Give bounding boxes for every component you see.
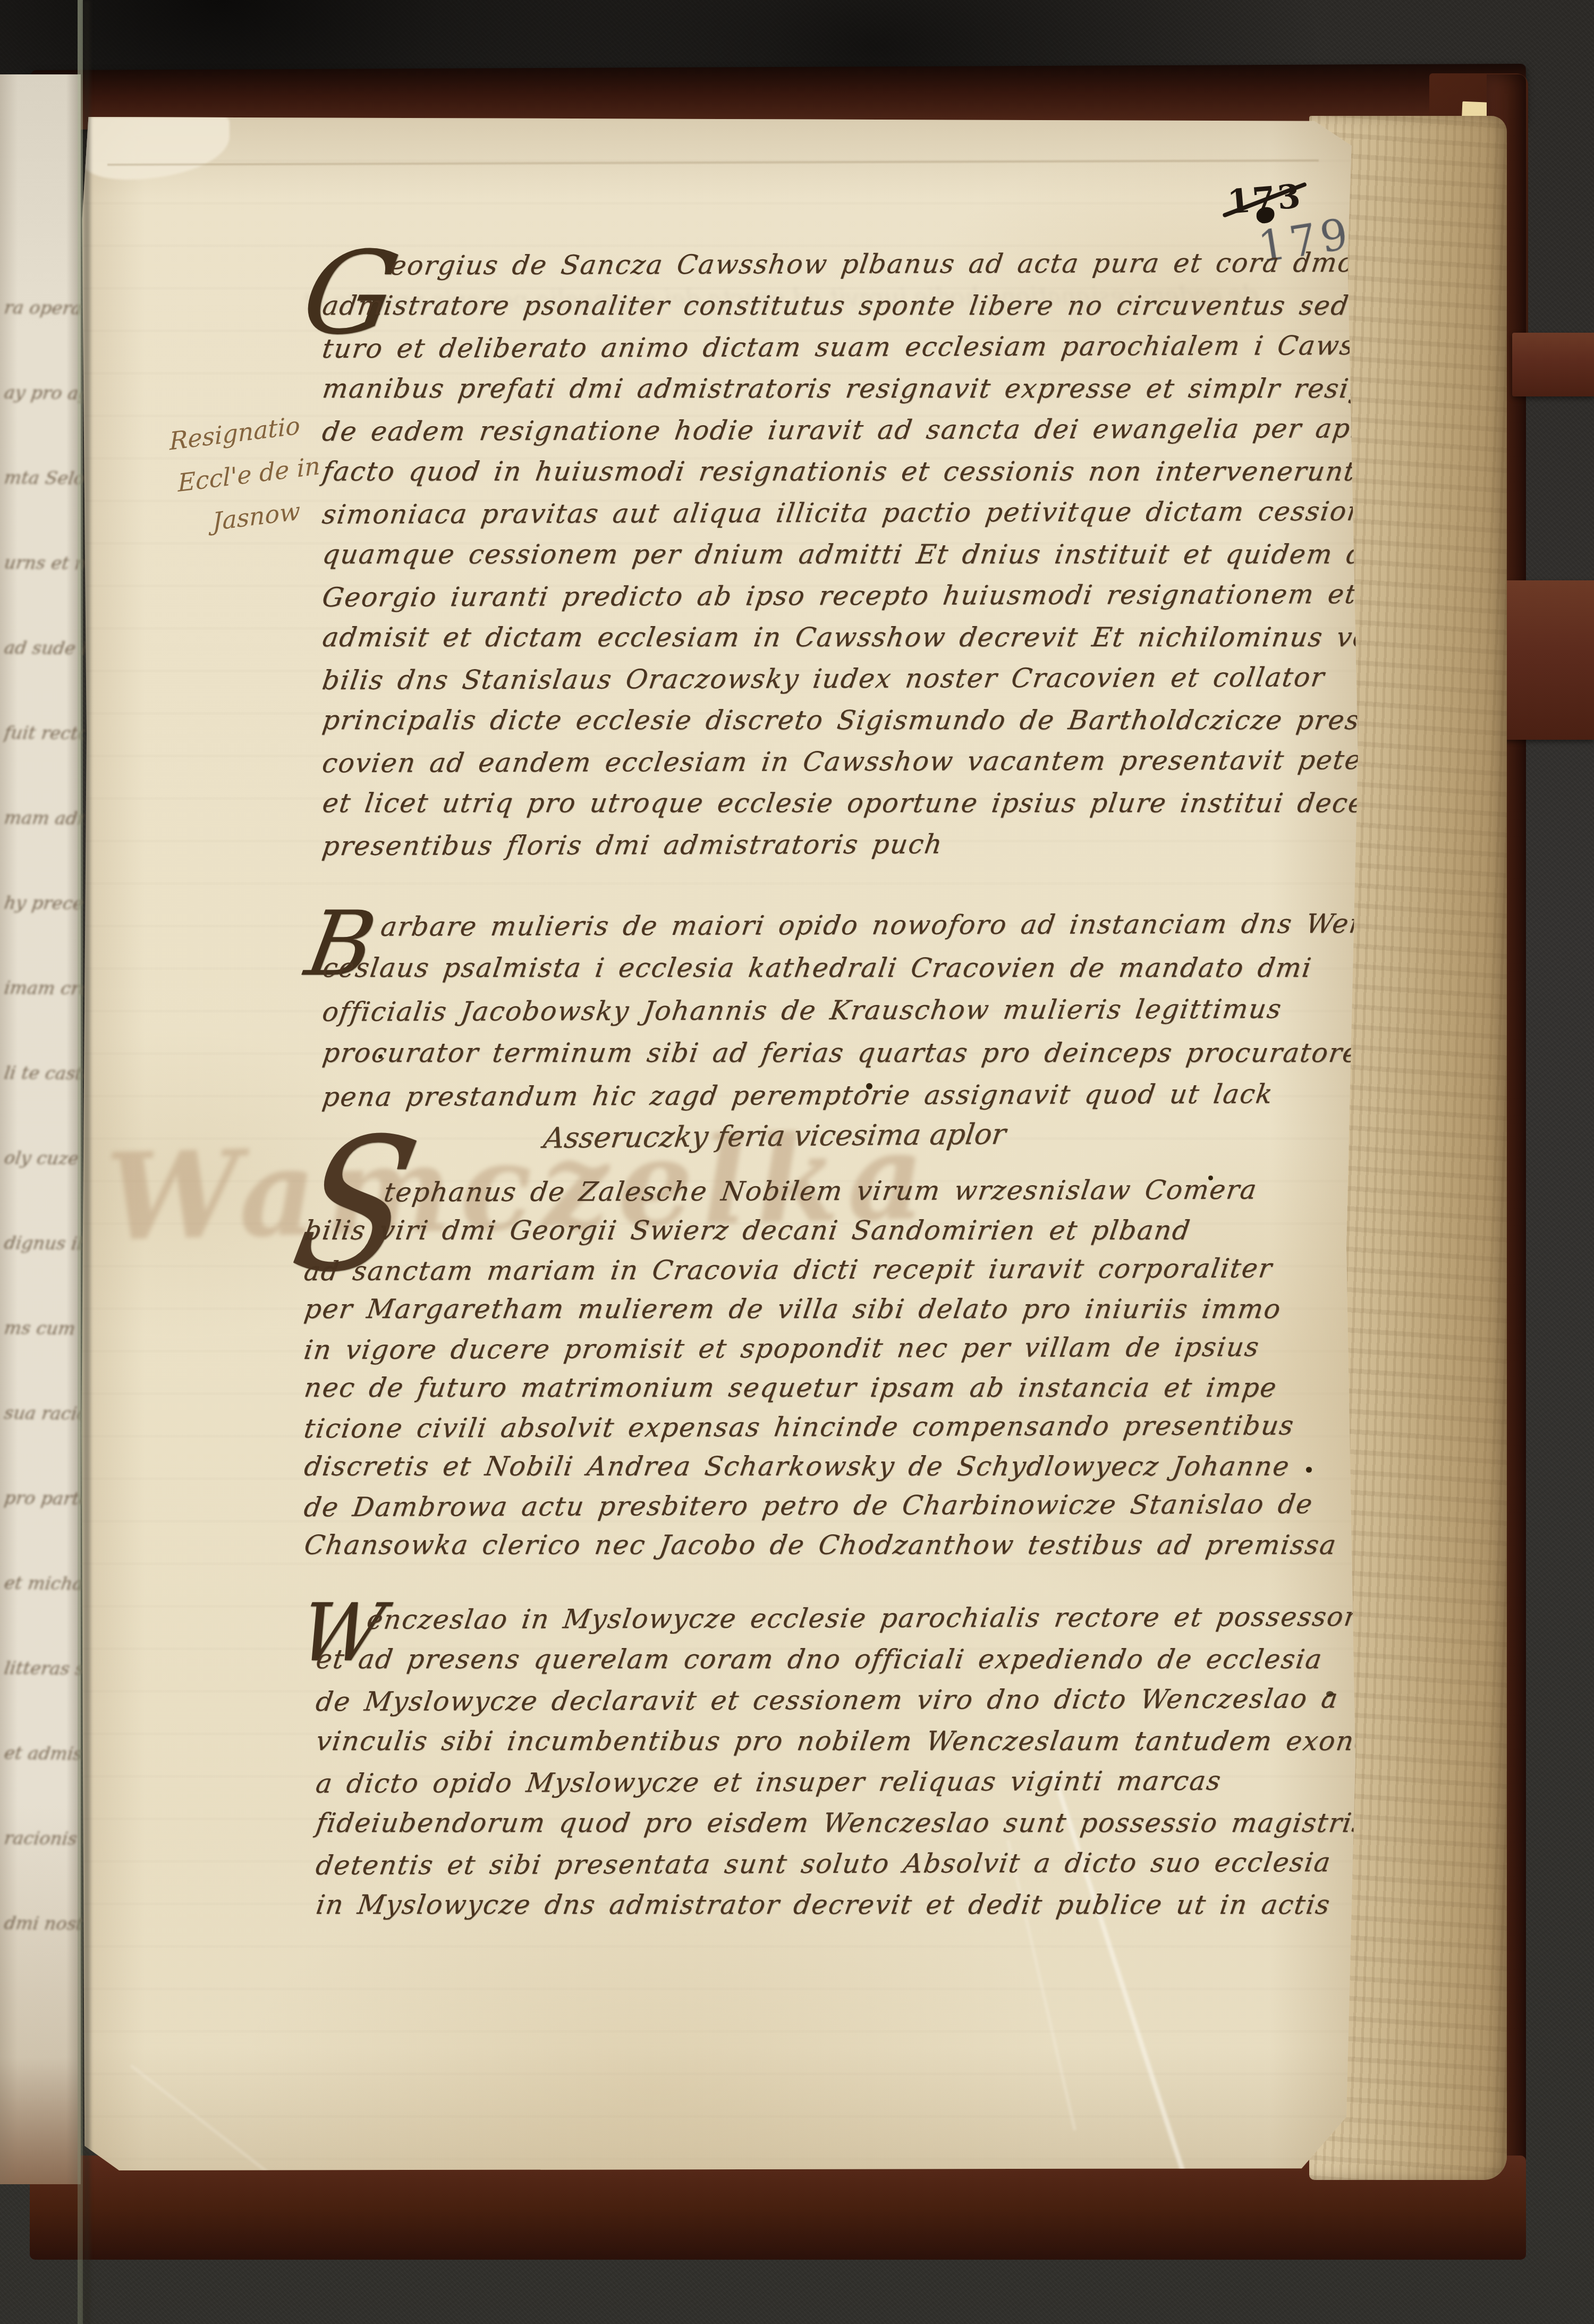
page-number-old-crossed-out: 173 <box>1226 176 1304 222</box>
previous-page-text-line: racionis et <box>0 1828 87 1914</box>
text-line: admisit et dictam ecclesiam in Cawsshow … <box>319 622 1356 663</box>
manuscript-entry-3: S tephanus de Zalesche Nobilem virum wrz… <box>304 1176 1351 1569</box>
previous-page: ra opera et hm ay pro agros dmi mta Selo… <box>0 74 81 2184</box>
text-line: admistratore psonaliter constitutus spon… <box>319 290 1356 332</box>
text-line: facto quod in huiusmodi resignationis et… <box>319 456 1356 497</box>
previous-page-text-line: li te castellisse <box>0 1062 87 1148</box>
manuscript-page: de eadem resignatione hodie iuravit ad s… <box>81 117 1359 2170</box>
text-line: per Margaretham mulierem de villa sibi d… <box>301 1294 1353 1333</box>
previous-page-text-line: ay pro agros dmi <box>0 382 87 468</box>
manuscript-entry-2: B arbare mulieris de maiori opido nowofo… <box>322 910 1353 1122</box>
text-line: covien ad eandem ecclesiam in Cawsshow v… <box>319 745 1356 789</box>
previous-page-text-line: dignus ibi dmi <box>0 1232 87 1319</box>
glass-plate-edge <box>78 0 83 2324</box>
text-line: vinculis sibi incumbentibus pro nobilem … <box>313 1726 1360 1767</box>
leather-strap-upper <box>1512 333 1594 396</box>
text-line: bilis dns Stanislaus Oraczowsky iudex no… <box>319 662 1356 706</box>
ink-speck <box>1208 1176 1213 1180</box>
manuscript-entry-1: G eorgius de Sancza Cawsshow plbanus ad … <box>322 249 1353 871</box>
leather-cover-bottom-edge <box>30 2156 1526 2260</box>
text-line: in vigore ducere promisit et spopondit n… <box>301 1331 1353 1374</box>
text-line: turo et deliberato animo dictam suam ecc… <box>319 330 1356 375</box>
text-line: ceslaus psalmista i ecclesia kathedrali … <box>319 952 1355 995</box>
text-line: eorgius de Sancza Cawsshow plbanus ad ac… <box>319 247 1356 292</box>
previous-page-text-line: ad sude litteras <box>0 637 87 723</box>
text-line: simoniaca pravitas aut aliqua illicita p… <box>319 496 1356 540</box>
text-line: a dicto opido Myslowycze et insuper reli… <box>312 1765 1360 1809</box>
paper-crease-top <box>107 159 1319 166</box>
text-line: fideiubendorum quod pro eisdem Wenczesla… <box>313 1807 1360 1848</box>
previous-page-text-line: sua racione <box>0 1402 87 1489</box>
text-line: de eadem resignatione hodie iuravit ad s… <box>319 413 1356 458</box>
paper-damage-patch <box>81 117 230 180</box>
text-line: nec de futuro matrimonium sequetur ipsam… <box>301 1372 1353 1412</box>
text-line: de Myslowycze declaravit et cessionem vi… <box>312 1683 1360 1727</box>
text-line: Chansowka clerico nec Jacobo de Chodzant… <box>301 1529 1353 1569</box>
previous-page-text-line: et admissa <box>0 1743 87 1829</box>
text-line: officialis Jacobowsky Johannis de Krausc… <box>319 993 1356 1039</box>
text-line: procurator terminum sibi ad ferias quart… <box>319 1037 1355 1080</box>
previous-page-text-line: imam cras sua ip <box>0 977 87 1063</box>
text-line: et licet utriq pro utroque ecclesie opor… <box>319 788 1356 829</box>
leather-strap-lower <box>1502 580 1594 740</box>
text-line: bilis viri dmi Georgii Swierz decani San… <box>301 1215 1353 1254</box>
previous-page-text-line: fuit rector et ad <box>0 722 87 808</box>
text-line: manibus prefati dmi admistratoris resign… <box>319 373 1356 415</box>
ink-speck <box>1306 1467 1312 1473</box>
text-line: et ad presens querelam coram dno officia… <box>313 1644 1360 1685</box>
text-line: principalis dicte ecclesie discreto Sigi… <box>319 705 1356 746</box>
previous-page-text-line: oly cuze campnl <box>0 1147 87 1233</box>
previous-page-text-line: ms cum refor <box>0 1317 87 1404</box>
margin-note: Resignatio Eccl'e de in Jasnow <box>167 409 328 554</box>
previous-page-text-line: urns et michael <box>0 552 87 638</box>
text-line: Georgio iuranti predicto ab ipso recepto… <box>319 579 1356 623</box>
previous-page-text-line: dmi nostri <box>0 1913 87 1999</box>
text-line: de Dambrowa actu presbitero petro de Cha… <box>301 1489 1353 1531</box>
text-line: pena prestandum hic zagd peremptorie ass… <box>319 1078 1356 1124</box>
previous-page-text-line: hy precens et mad <box>0 892 87 978</box>
ink-speck <box>866 1083 872 1089</box>
text-line: arbare mulieris de maiori opido nowoforo… <box>319 908 1356 954</box>
section-heading: Asseruczky feria vicesima aplor <box>541 1117 1008 1155</box>
previous-page-text-line: pro parte sue <box>0 1488 87 1574</box>
previous-page-text-line: ra opera et hm <box>0 297 87 383</box>
manuscript-entry-4: W enczeslao in Myslowycze ecclesie paroc… <box>316 1603 1357 1930</box>
text-line: in Myslowycze dns admistrator decrevit e… <box>313 1889 1360 1930</box>
glass-plate-shadow <box>83 0 90 2324</box>
text-line: presentibus floris dmi admistratoris puc… <box>319 827 1356 872</box>
text-line: quamque cessionem per dnium admitti Et d… <box>319 539 1356 580</box>
text-line: ad sanctam mariam in Cracovia dicti rece… <box>301 1253 1353 1295</box>
previous-page-text-line: mta Selonisse <box>0 467 87 553</box>
text-line: discretis et Nobili Andrea Scharkowsky d… <box>301 1451 1353 1490</box>
text-line: detentis et sibi presentata sunt soluto … <box>312 1847 1360 1891</box>
text-line: ticione civili absolvit expensas hincind… <box>301 1410 1353 1452</box>
text-line: enczeslao in Myslowycze ecclesie parochi… <box>312 1601 1360 1645</box>
previous-page-text-line: et michaelem <box>0 1573 87 1659</box>
previous-page-text-line: mam admissa pet <box>0 807 87 893</box>
ink-speck <box>1326 1691 1334 1697</box>
ink-speck <box>378 1054 383 1059</box>
previous-page-text-line: litteras suas <box>0 1658 87 1744</box>
text-line: tephanus de Zalesche Nobilem virum wrzes… <box>301 1174 1353 1216</box>
